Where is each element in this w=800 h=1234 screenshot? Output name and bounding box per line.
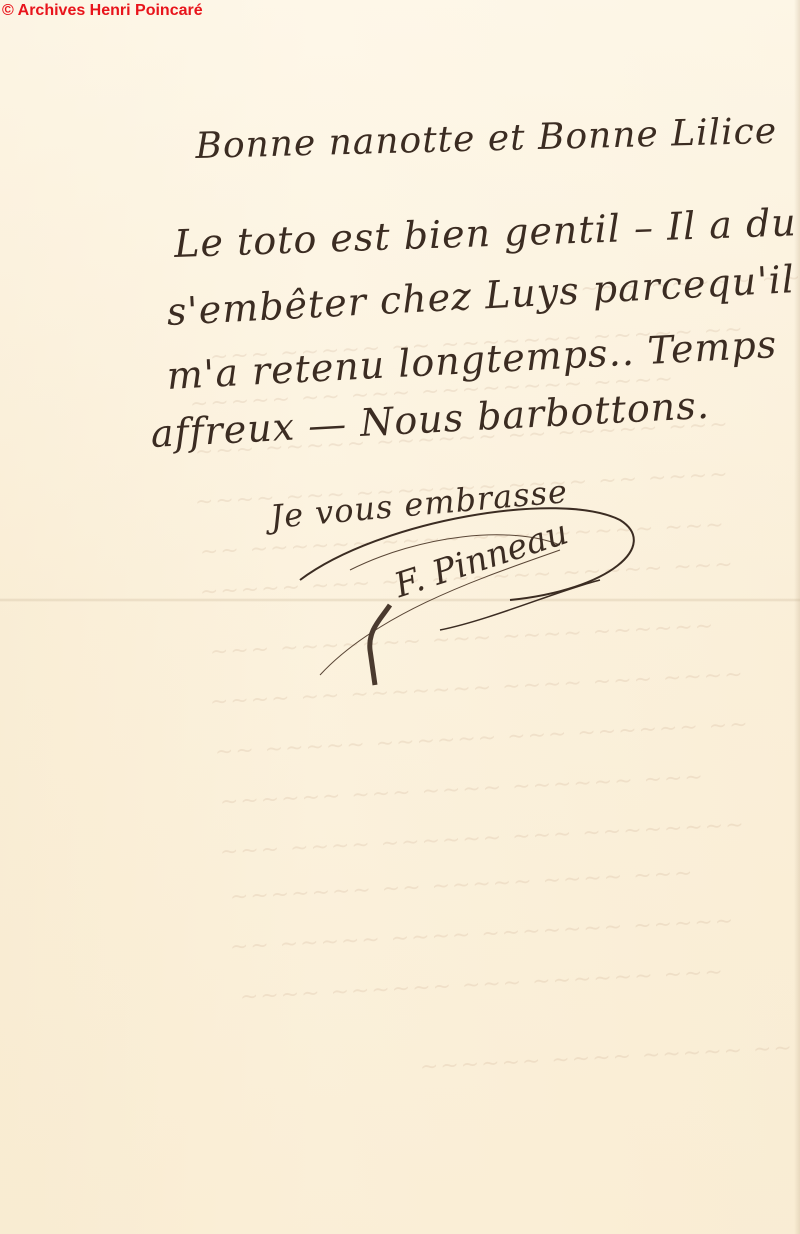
paper-edge xyxy=(794,0,800,1234)
copyright-watermark: © Archives Henri Poincaré xyxy=(2,2,203,20)
signature-flourish-icon xyxy=(260,480,680,700)
